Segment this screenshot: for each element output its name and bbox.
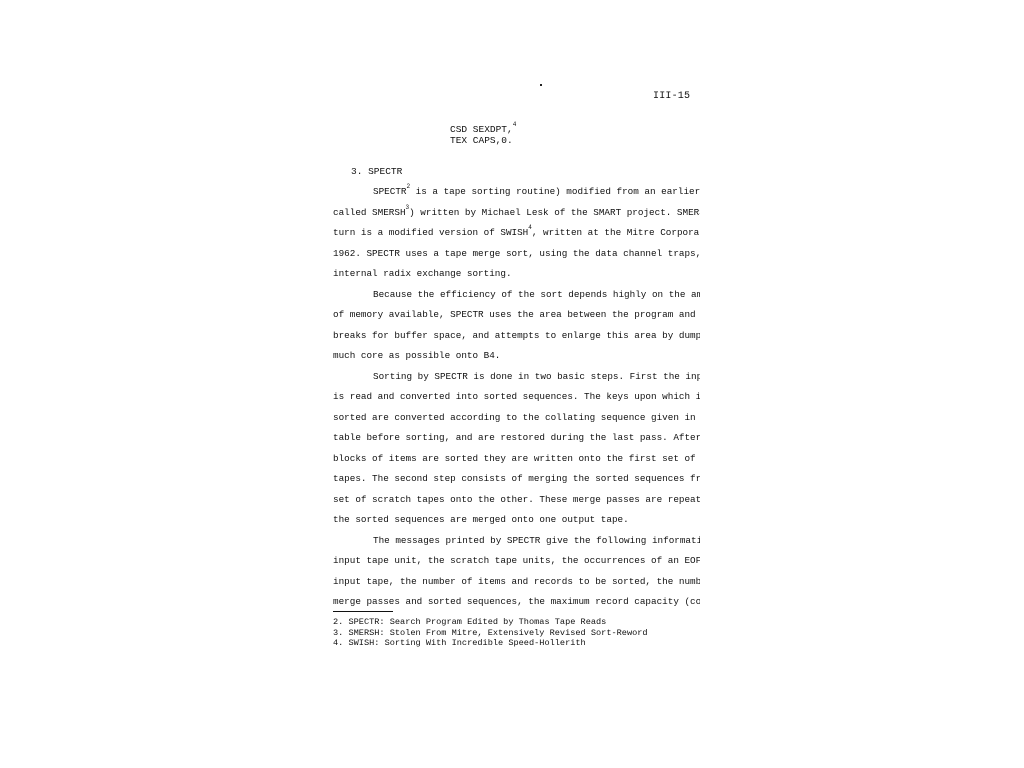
text-line: of memory available, SPECTR uses the are… [333,305,700,326]
scan-speck [540,84,542,86]
footnote: 4. SWISH: Sorting With Incredible Speed-… [333,638,648,649]
control-line: CSD SEXDPT,4 [450,124,516,135]
body-text: SPECTR2 is a tape sorting routine) modif… [333,182,700,613]
paragraph: Because the efficiency of the sort depen… [333,285,700,367]
control-lines: CSD SEXDPT,4 TEX CAPS,0. [450,124,516,146]
text-line: is read and converted into sorted sequen… [333,387,700,408]
paragraph: The messages printed by SPECTR give the … [333,531,700,613]
text-line: input tape unit, the scratch tape units,… [333,551,700,572]
text-line: Sorting by SPECTR is done in two basic s… [333,367,700,388]
text-line: set of scratch tapes onto the other. The… [333,490,700,511]
page-number: III-15 [653,91,690,102]
text-line: much core as possible onto B4. [333,346,700,367]
text-line: 1962. SPECTR uses a tape merge sort, usi… [333,244,700,265]
text-line: Because the efficiency of the sort depen… [333,285,700,306]
footnote: 3. SMERSH: Stolen From Mitre, Extensivel… [333,628,648,639]
text-line: tapes. The second step consists of mergi… [333,469,700,490]
text-line: breaks for buffer space, and attempts to… [333,326,700,347]
text-line: merge passes and sorted sequences, the m… [333,592,700,613]
paragraph: Sorting by SPECTR is done in two basic s… [333,367,700,531]
text-line: sorted are converted according to the co… [333,408,700,429]
footnote-rule [333,611,393,612]
section-heading: 3. SPECTR [351,166,402,177]
text-line: blocks of items are sorted they are writ… [333,449,700,470]
text-line: internal radix exchange sorting. [333,264,700,285]
footnotes: 2. SPECTR: Search Program Edited by Thom… [333,617,648,649]
control-line: TEX CAPS,0. [450,135,516,146]
text-line: input tape, the number of items and reco… [333,572,700,593]
document-page: III-15 CSD SEXDPT,4 TEX CAPS,0. 3. SPECT… [0,0,1024,768]
text-line: SPECTR2 is a tape sorting routine) modif… [333,182,700,203]
text-line: called SMERSH3) written by Michael Lesk … [333,203,700,224]
text-line: The messages printed by SPECTR give the … [333,531,700,552]
paragraph: SPECTR2 is a tape sorting routine) modif… [333,182,700,285]
footnote: 2. SPECTR: Search Program Edited by Thom… [333,617,648,628]
text-line: turn is a modified version of SWISH4, wr… [333,223,700,244]
text-line: the sorted sequences are merged onto one… [333,510,700,531]
text-line: table before sorting, and are restored d… [333,428,700,449]
